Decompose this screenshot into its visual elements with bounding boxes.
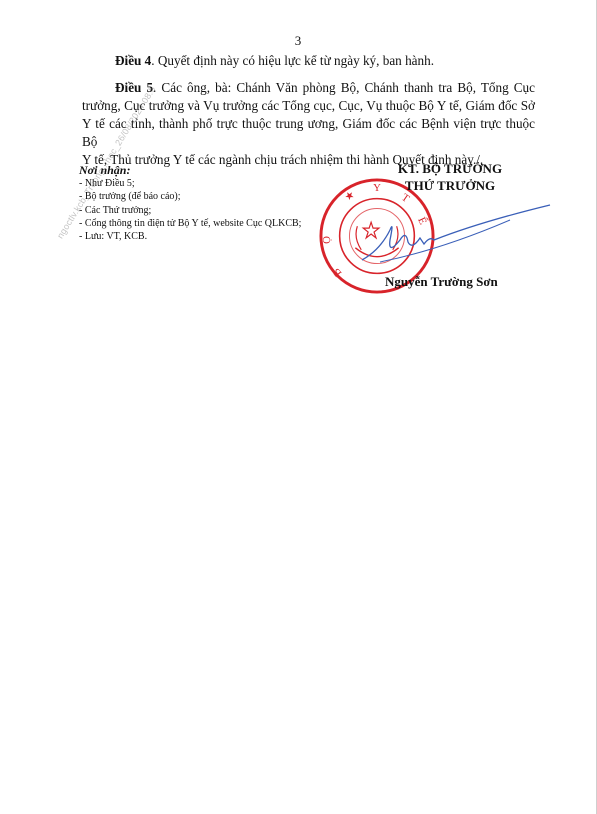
handwritten-signature-icon	[360, 200, 560, 280]
recipient-item: - Như Điều 5;	[79, 177, 301, 190]
recipient-item: - Bộ trưởng (để báo cáo);	[79, 190, 301, 203]
signature-line-2: THỨ TRƯỞNG	[365, 177, 535, 194]
recipients-block: Nơi nhận: - Như Điều 5; - Bộ trưởng (để …	[79, 163, 301, 243]
svg-text:Ộ: Ộ	[321, 236, 333, 244]
article-4-label: Điều 4	[115, 53, 151, 68]
recipient-item: - Các Thứ trưởng;	[79, 204, 301, 217]
signature-line-1: KT. BỘ TRƯỞNG	[365, 160, 535, 177]
signer-name: Nguyễn Trường Sơn	[385, 274, 498, 290]
recipients-title: Nơi nhận:	[79, 163, 301, 177]
recipient-item: - Lưu: VT, KCB.	[79, 230, 301, 243]
article-4: Điều 4. Quyết định này có hiệu lực kể từ…	[82, 52, 535, 70]
signature-title: KT. BỘ TRƯỞNG THỨ TRƯỞNG	[365, 160, 535, 194]
page-number: 3	[0, 33, 596, 49]
article-5-line: Y tế các tỉnh, thành phố trực thuộc trun…	[82, 115, 535, 151]
document-page: 3 Điều 4. Quyết định này có hiệu lực kể …	[0, 0, 597, 814]
recipient-item: - Cổng thông tin điện tử Bộ Y tế, websit…	[79, 217, 301, 230]
article-4-text: . Quyết định này có hiệu lực kể từ ngày …	[151, 53, 434, 68]
